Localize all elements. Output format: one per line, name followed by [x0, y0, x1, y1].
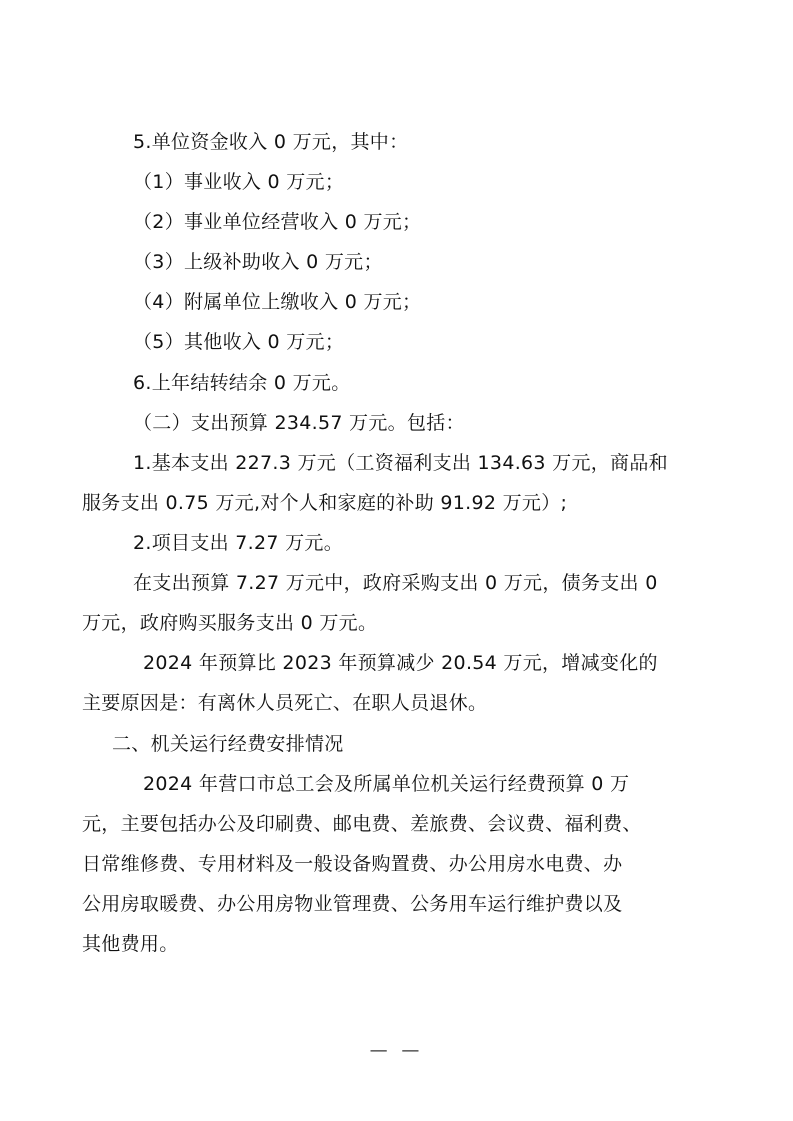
page-footer-marker: — —	[0, 1040, 793, 1061]
income-sub-1: （1）事业收入 0 万元；	[133, 170, 344, 194]
project-expenditure: 2.项目支出 7.27 万元。	[133, 531, 343, 555]
operating-funds-line-5: 其他费用。	[82, 932, 179, 956]
income-item-6-carryover: 6.上年结转结余 0 万元。	[133, 371, 351, 395]
operating-funds-line-4: 公用房取暖费、办公用房物业管理费、公务用车运行维护费以及	[82, 892, 622, 916]
operating-funds-line-2: 元，主要包括办公及印刷费、邮电费、差旅费、会议费、福利费、	[82, 812, 642, 836]
basic-expenditure-line-1: 1.基本支出 227.3 万元（工资福利支出 134.63 万元，商品和	[133, 451, 668, 475]
income-sub-3: （3）上级补助收入 0 万元；	[133, 250, 383, 274]
expenditure-heading: （二）支出预算 234.57 万元。包括：	[133, 411, 465, 435]
operating-funds-line-3: 日常维修费、专用材料及一般设备购置费、办公用房水电费、办	[82, 852, 622, 876]
budget-change-line-2: 主要原因是：有离休人员死亡、在职人员退休。	[82, 691, 487, 715]
procurement-line-1: 在支出预算 7.27 万元中，政府采购支出 0 万元，债务支出 0	[133, 571, 658, 595]
income-sub-5: （5）其他收入 0 万元；	[133, 330, 344, 354]
basic-expenditure-line-2: 服务支出 0.75 万元,对个人和家庭的补助 91.92 万元）;	[82, 491, 567, 515]
procurement-line-2: 万元，政府购买服务支出 0 万元。	[82, 611, 377, 635]
operating-funds-line-1: 2024 年营口市总工会及所属单位机关运行经费预算 0 万	[143, 772, 629, 796]
section-heading-operating-funds: 二、机关运行经费安排情况	[112, 732, 344, 756]
income-item-5-unit-funds: 5.单位资金收入 0 万元，其中：	[133, 130, 408, 154]
income-sub-4: （4）附属单位上缴收入 0 万元；	[133, 290, 421, 314]
budget-change-line-1: 2024 年预算比 2023 年预算减少 20.54 万元，增减变化的	[143, 651, 658, 675]
income-sub-2: （2）事业单位经营收入 0 万元；	[133, 210, 421, 234]
